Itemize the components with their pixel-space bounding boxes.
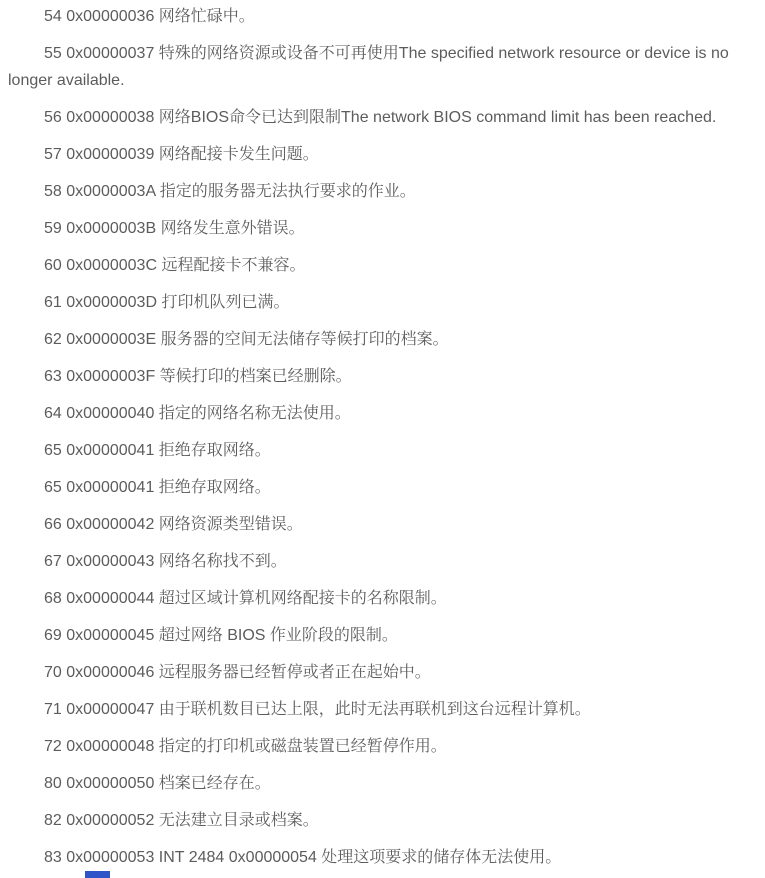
error-hex-code: 0x0000003C [66, 257, 157, 274]
error-code: 67 [44, 553, 62, 570]
error-line: 69 0x00000045 超过网络 BIOS 作业阶段的限制。 [8, 622, 751, 649]
error-code: 62 [44, 331, 62, 348]
error-line: 71 0x00000047 由于联机数目已达上限，此时无法再联机到这台远程计算机… [8, 696, 751, 723]
error-message: 拒绝存取网络。 [159, 442, 271, 459]
error-code: 60 [44, 257, 62, 274]
error-message: 网络名称找不到。 [159, 553, 287, 570]
error-code: 54 [44, 8, 62, 25]
error-line: 55 0x00000037 特殊的网络资源或设备不可再使用The specifi… [8, 40, 751, 94]
error-hex-code: 0x00000036 [66, 8, 154, 25]
error-message: 拒绝存取网络。 [159, 479, 271, 496]
error-code: 82 [44, 812, 62, 829]
error-line: 72 0x00000048 指定的打印机或磁盘装置已经暂停作用。 [8, 733, 751, 760]
error-line: 82 0x00000052 无法建立目录或档案。 [8, 807, 751, 834]
error-hex-code: 0x00000044 [66, 590, 154, 607]
error-code: 69 [44, 627, 62, 644]
error-message: 远程服务器已经暂停或者正在起始中。 [159, 664, 431, 681]
error-line: 83 0x00000053 INT 2484 0x00000054 处理这项要求… [8, 844, 751, 871]
error-message: 等候打印的档案已经删除。 [160, 368, 352, 385]
error-hex-code: 0x00000046 [66, 664, 154, 681]
error-code: 83 [44, 849, 62, 866]
error-message: 由于联机数目已达上限，此时无法再联机到这台远程计算机。 [159, 701, 591, 718]
error-message: 超过区域计算机网络配接卡的名称限制。 [159, 590, 447, 607]
error-hex-code: 0x00000040 [66, 405, 154, 422]
error-code: 59 [44, 220, 62, 237]
error-line: 60 0x0000003C 远程配接卡不兼容。 [8, 252, 751, 279]
error-code: 68 [44, 590, 62, 607]
error-line: 64 0x00000040 指定的网络名称无法使用。 [8, 400, 751, 427]
error-hex-code: 0x00000041 [66, 442, 154, 459]
error-code: 57 [44, 146, 62, 163]
error-message: 超过网络 BIOS 作业阶段的限制。 [159, 627, 398, 644]
error-line: 59 0x0000003B 网络发生意外错误。 [8, 215, 751, 242]
error-hex-code: 0x00000043 [66, 553, 154, 570]
error-hex-code: 0x0000003D [66, 294, 157, 311]
error-line: 68 0x00000044 超过区域计算机网络配接卡的名称限制。 [8, 585, 751, 612]
error-line: 70 0x00000046 远程服务器已经暂停或者正在起始中。 [8, 659, 751, 686]
error-message: 打印机队列已满。 [161, 294, 289, 311]
error-line: 54 0x00000036 网络忙碌中。 [8, 3, 751, 30]
error-message: 无法建立目录或档案。 [159, 812, 319, 829]
error-code: 65 [44, 442, 62, 459]
error-code: 71 [44, 701, 62, 718]
error-hex-code: 0x0000003F [66, 368, 155, 385]
error-code: 63 [44, 368, 62, 385]
error-hex-code: 0x00000048 [66, 738, 154, 755]
error-message: 指定的服务器无法执行要求的作业。 [160, 183, 416, 200]
error-hex-code: 0x00000053 [66, 849, 154, 866]
error-code: 72 [44, 738, 62, 755]
page: { "document": { "type": "windows-error-c… [0, 0, 765, 878]
error-message: 网络配接卡发生问题。 [159, 146, 319, 163]
error-hex-code: 0x00000052 [66, 812, 154, 829]
error-code: 80 [44, 775, 62, 792]
error-code-list: 54 0x00000036 网络忙碌中。 55 0x00000037 特殊的网络… [0, 0, 765, 871]
error-message: 远程配接卡不兼容。 [161, 257, 305, 274]
error-hex-code: 0x0000003A [66, 183, 155, 200]
error-message: 指定的网络名称无法使用。 [159, 405, 351, 422]
error-hex-code: 0x00000050 [66, 775, 154, 792]
partial-bottom-element [85, 871, 110, 878]
error-line: 58 0x0000003A 指定的服务器无法执行要求的作业。 [8, 178, 751, 205]
error-message: 指定的打印机或磁盘装置已经暂停作用。 [159, 738, 447, 755]
error-message: 网络BIOS命令已达到限制The network BIOS command li… [159, 109, 717, 126]
error-message: 档案已经存在。 [159, 775, 271, 792]
error-hex-code: 0x00000047 [66, 701, 154, 718]
error-message: 网络发生意外错误。 [161, 220, 305, 237]
error-line: 63 0x0000003F 等候打印的档案已经删除。 [8, 363, 751, 390]
error-message: 网络忙碌中。 [159, 8, 255, 25]
error-line: 61 0x0000003D 打印机队列已满。 [8, 289, 751, 316]
error-hex-code: 0x00000039 [66, 146, 154, 163]
error-line: 56 0x00000038 网络BIOS命令已达到限制The network B… [8, 104, 751, 131]
error-code: 58 [44, 183, 62, 200]
error-hex-code: 0x00000045 [66, 627, 154, 644]
error-hex-code: 0x0000003E [66, 331, 156, 348]
error-message: 网络资源类型错误。 [159, 516, 303, 533]
error-code: 66 [44, 516, 62, 533]
error-hex-code: 0x00000038 [66, 109, 154, 126]
error-line: 65 0x00000041 拒绝存取网络。 [8, 437, 751, 464]
error-line: 62 0x0000003E 服务器的空间无法储存等候打印的档案。 [8, 326, 751, 353]
error-hex-code: 0x00000042 [66, 516, 154, 533]
error-hex-code: 0x00000037 [66, 45, 154, 62]
error-line: 66 0x00000042 网络资源类型错误。 [8, 511, 751, 538]
error-hex-code: 0x00000041 [66, 479, 154, 496]
error-message: 服务器的空间无法储存等候打印的档案。 [161, 331, 449, 348]
error-line: 67 0x00000043 网络名称找不到。 [8, 548, 751, 575]
error-line: 57 0x00000039 网络配接卡发生问题。 [8, 141, 751, 168]
error-line: 65 0x00000041 拒绝存取网络。 [8, 474, 751, 501]
error-code: 65 [44, 479, 62, 496]
error-code: 70 [44, 664, 62, 681]
error-code: 61 [44, 294, 62, 311]
error-hex-code: 0x0000003B [66, 220, 156, 237]
error-line: 80 0x00000050 档案已经存在。 [8, 770, 751, 797]
error-code: 55 [44, 45, 62, 62]
error-code: 64 [44, 405, 62, 422]
error-message: INT 2484 0x00000054 处理这项要求的储存体无法使用。 [159, 849, 562, 866]
error-code: 56 [44, 109, 62, 126]
